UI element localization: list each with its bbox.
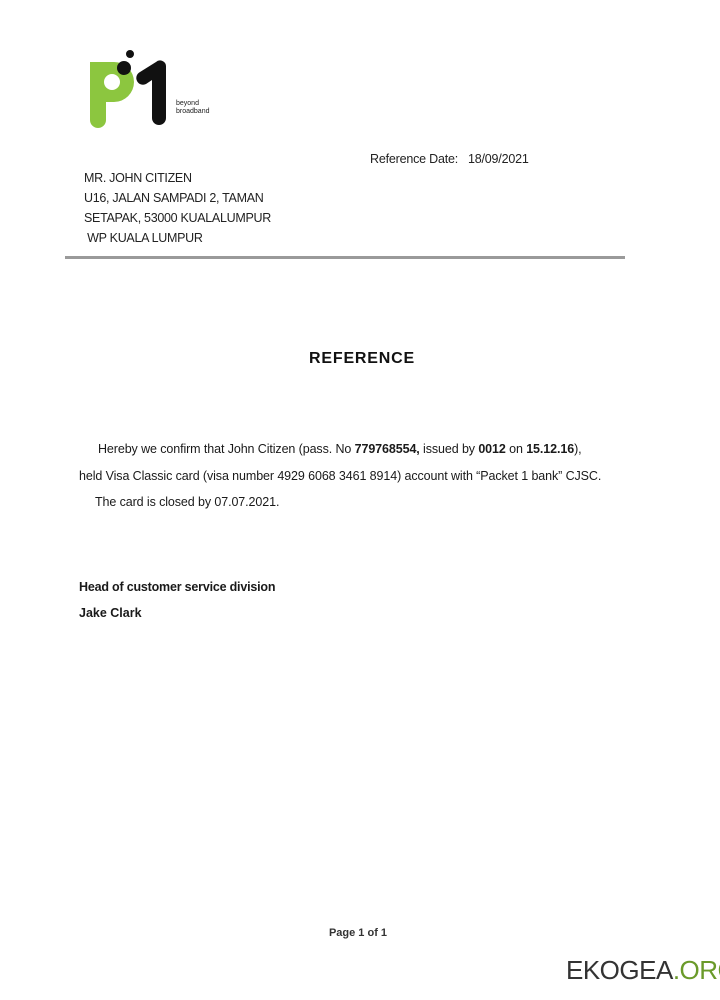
page-number: Page 1 of 1 [0,927,716,939]
watermark-tld: .ORG [673,955,720,985]
reference-date-value: 18/09/2021 [468,152,529,166]
issuer-code: 0012 [478,442,505,456]
company-logo: beyond broadband [88,48,228,128]
signatory-name: Jake Clark [79,606,142,620]
recipient-address: MR. JOHN CITIZEN U16, JALAN SAMPADI 2, T… [84,168,271,248]
address-line-3: WP KUALA LUMPUR [84,228,271,248]
body-text: on [506,442,526,456]
issue-date: 15.12.16 [526,442,574,456]
document-title: REFERENCE [0,350,720,368]
watermark-name: EKOGEA [566,955,673,985]
address-line-1: U16, JALAN SAMPADI 2, TAMAN [84,188,271,208]
body-text: issued by [420,442,479,456]
logo-tagline: beyond broadband [176,100,209,116]
address-line-2: SETAPAK, 53000 KUALALUMPUR [84,208,271,228]
tagline-line1: beyond [176,100,209,108]
header-divider [65,256,625,259]
reference-date-label: Reference Date: [370,152,458,166]
p1-logo-icon [88,48,228,128]
body-line-3: The card is closed by 07.07.2021. [95,495,279,509]
body-line-1: Hereby we confirm that John Citizen (pas… [98,442,582,456]
watermark: EKOGEA.ORG [566,955,720,986]
body-text: Hereby we confirm that John Citizen (pas… [98,442,355,456]
body-line-2: held Visa Classic card (visa number 4929… [79,469,601,483]
recipient-name: MR. JOHN CITIZEN [84,168,271,188]
body-text: ), [574,442,581,456]
passport-number: 779768554, [355,442,420,456]
tagline-line2: broadband [176,108,209,116]
signatory-position: Head of customer service division [79,580,275,594]
reference-date: Reference Date:18/09/2021 [370,152,529,166]
